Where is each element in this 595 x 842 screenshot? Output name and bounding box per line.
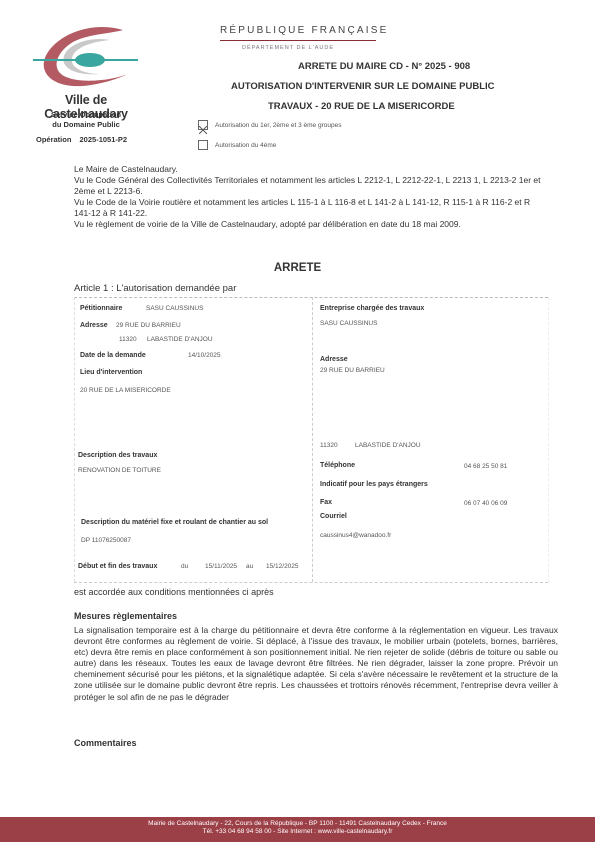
operation-value: 2025-1051-P2	[80, 135, 128, 144]
du-label: du	[181, 563, 188, 570]
mesures-heading: Mesures règlementaires	[74, 611, 177, 621]
box-divider	[312, 297, 313, 582]
fin-value: 15/12/2025	[266, 563, 299, 570]
entreprise-adresse-cp: 11320	[320, 442, 338, 449]
debut-value: 15/11/2025	[205, 563, 237, 570]
arrete-subject: AUTORISATION D'INTERVENIR SUR LE DOMAINE…	[231, 81, 495, 92]
footer-contact: Tél. +33 04 68 94 58 00 - Site Internet …	[0, 828, 595, 836]
box-border-bottom	[74, 582, 548, 583]
box-border-right	[548, 297, 549, 582]
au-label: au	[246, 563, 253, 570]
service-line-2: du Domaine Public	[30, 120, 142, 130]
operation-label: Opération	[36, 135, 71, 144]
date-demande-label: Date de la demande	[80, 352, 146, 359]
lieu-label: Lieu d'intervention	[80, 369, 142, 376]
entreprise-value: SASU CAUSSINUS	[320, 320, 377, 327]
city-logo-icon	[28, 22, 143, 92]
date-demande-value: 14/10/2025	[188, 352, 221, 359]
fax-value: 06 07 40 06 09	[464, 500, 507, 507]
arrete-travaux: TRAVAUX - 20 RUE DE LA MISERICORDE	[268, 101, 455, 112]
footer-address: Mairie de Castelnaudary - 22, Cours de l…	[0, 820, 595, 828]
preamble-code-voirie: Vu le Code de la Voirie routière et nota…	[74, 197, 544, 219]
mesures-body: La signalisation temporaire est à la cha…	[74, 625, 558, 703]
operation-number: Opération 2025-1051-P2	[36, 135, 133, 144]
desc-travaux-label: Description des travaux	[78, 452, 157, 459]
checkbox-label-groupes-1-3: Autorisation du 1er, 2ème et 3 ème group…	[215, 122, 341, 129]
departement: DÉPARTEMENT DE L'AUDE	[242, 45, 334, 51]
entreprise-adresse-city: LABASTIDE D'ANJOU	[355, 442, 421, 449]
republique-francaise: RÉPUBLIQUE FRANÇAISE	[220, 25, 388, 36]
telephone-label: Téléphone	[320, 462, 355, 469]
checkbox-groupes-1-3[interactable]	[198, 120, 208, 130]
box-border-left	[74, 297, 75, 582]
fax-label: Fax	[320, 499, 332, 506]
preamble-maire: Le Maire de Castelnaudary.	[74, 164, 544, 175]
adresse-line1: 29 RUE DU BARRIEU	[116, 322, 181, 329]
checkbox-label-groupe-4: Autorisation du 4ème	[215, 142, 276, 149]
arrete-number: ARRETE DU MAIRE CD - N° 2025 - 908	[298, 61, 470, 72]
box-border-top	[74, 297, 548, 298]
materiel-label: Description du matériel fixe et roulant …	[81, 519, 268, 526]
indicatif-label: Indicatif pour les pays étrangers	[320, 481, 428, 488]
debut-fin-label: Début et fin des travaux	[78, 563, 157, 570]
courriel-label: Courriel	[320, 513, 347, 520]
checkbox-groupe-4[interactable]	[198, 140, 208, 150]
lieu-value: 20 RUE DE LA MISERICORDE	[80, 387, 171, 394]
telephone-value: 04 68 25 50 81	[464, 463, 507, 470]
petitionnaire-value: SASU CAUSSINUS	[146, 305, 203, 312]
commentaires-heading: Commentaires	[74, 738, 137, 748]
adresse-label: Adresse	[80, 322, 108, 329]
preamble-reglement: Vu le règlement de voirie de la Ville de…	[74, 219, 544, 230]
materiel-value: DP 11076250087	[81, 537, 131, 544]
header-divider	[220, 40, 376, 41]
desc-travaux-value: RENOVATION DE TOITURE	[78, 467, 161, 474]
preamble-cgct: Vu le Code Général des Collectivités Ter…	[74, 175, 544, 197]
arrete-heading: ARRETE	[0, 262, 595, 274]
preamble: Le Maire de Castelnaudary. Vu le Code Gé…	[74, 164, 544, 230]
courriel-value: caussinus4@wanadoo.fr	[320, 532, 391, 539]
adresse-city: LABASTIDE D'ANJOU	[147, 336, 213, 343]
service-line-1: Service Occupation	[30, 110, 142, 120]
entreprise-adresse-label: Adresse	[320, 356, 348, 363]
check-mark-icon	[199, 126, 207, 134]
petitionnaire-label: Pétitionnaire	[80, 305, 122, 312]
entreprise-adresse-line1: 29 RUE DU BARRIEU	[320, 367, 385, 374]
article-1: Article 1 : L'autorisation demandée par	[74, 283, 236, 294]
adresse-cp: 11320	[119, 336, 137, 343]
service-name: Service Occupation du Domaine Public	[30, 110, 142, 130]
entreprise-label: Entreprise chargée des travaux	[320, 305, 424, 312]
accorded-text: est accordée aux conditions mentionnées …	[74, 587, 274, 597]
